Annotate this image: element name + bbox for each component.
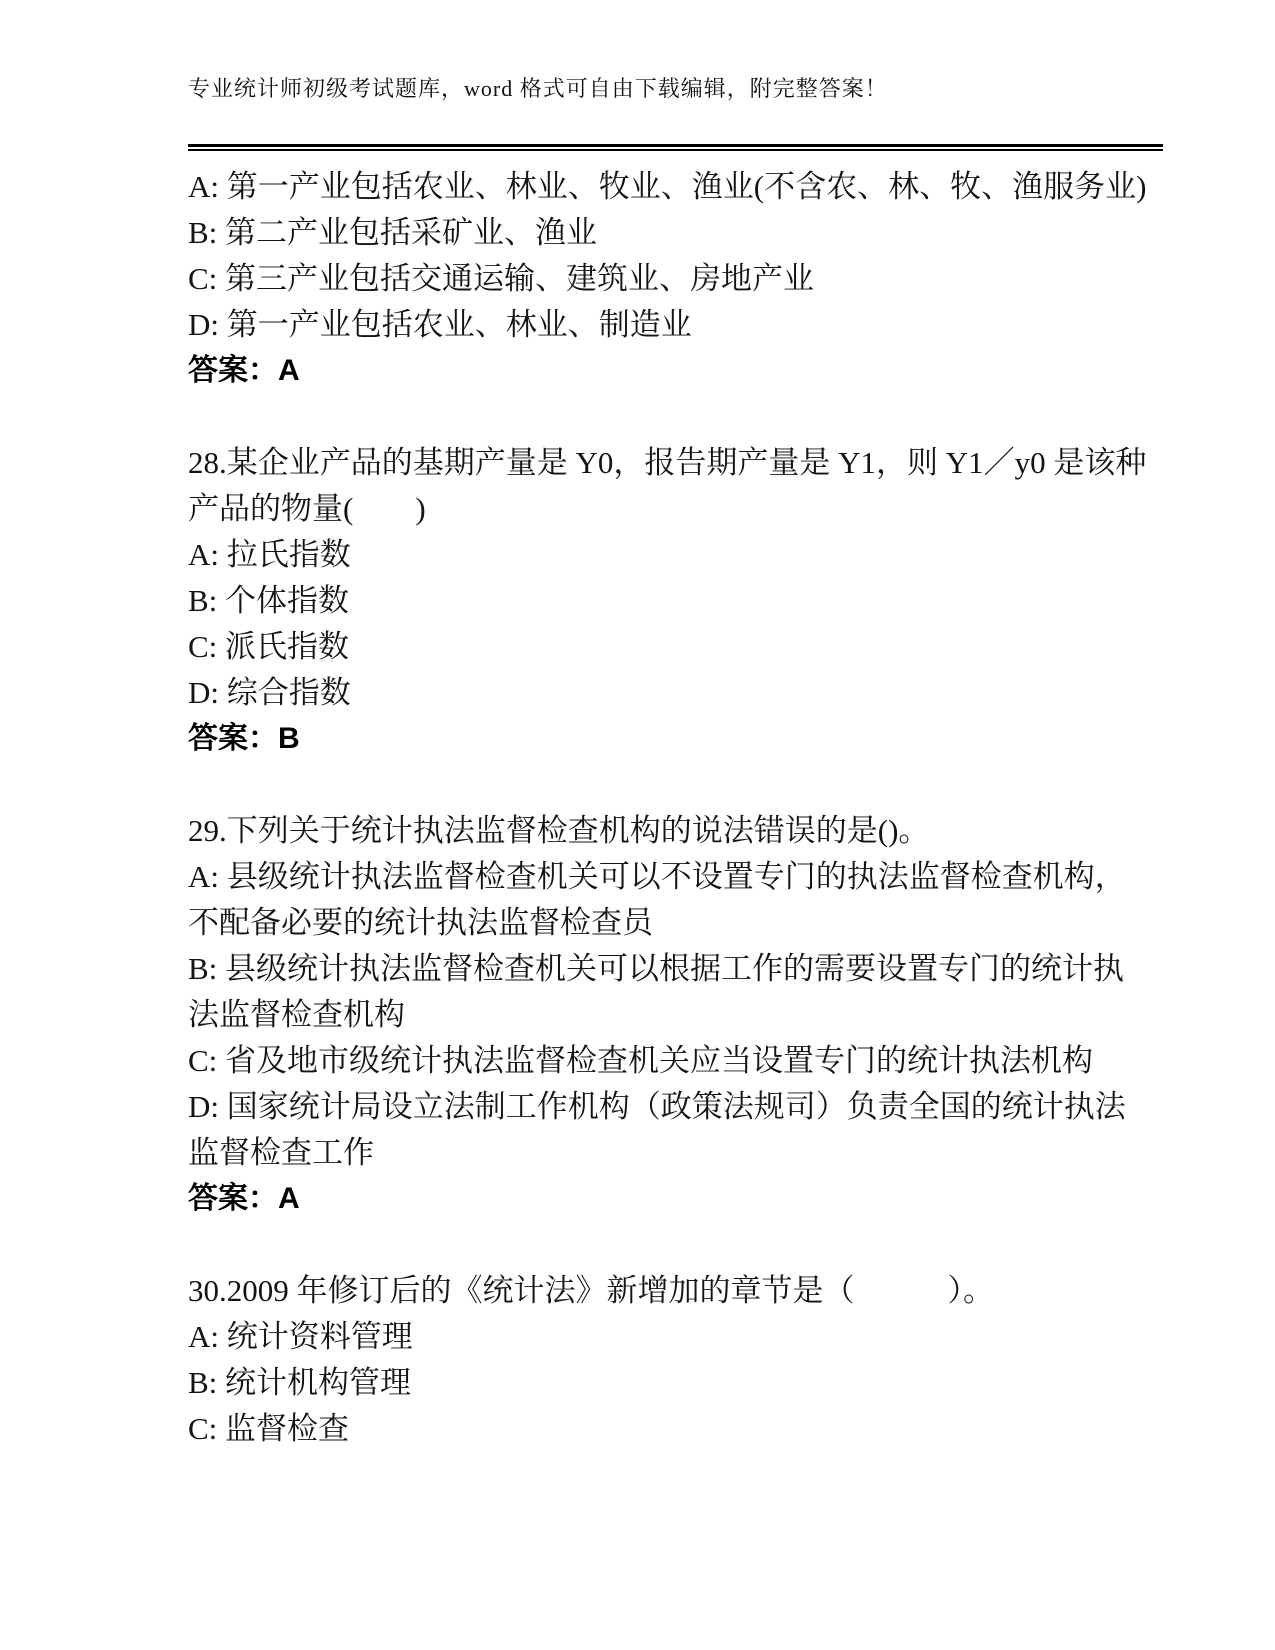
question-stem: 28.某企业产品的基期产量是 Y0，报告期产量是 Y1，则 Y1／y0 是该种产… [188, 440, 1148, 532]
option-a: A: 县级统计执法监督检查机关可以不设置专门的执法监督检查机构，不配备必要的统计… [188, 854, 1148, 946]
question-block-28: 28.某企业产品的基期产量是 Y0，报告期产量是 Y1，则 Y1／y0 是该种产… [188, 440, 1148, 762]
answer-line: 答案：B [188, 716, 1148, 762]
page-header: 专业统计师初级考试题库，word 格式可自由下载编辑，附完整答案！ [0, 0, 1275, 151]
question-block-30: 30.2009 年修订后的《统计法》新增加的章节是（ ）。 A: 统计资料管理 … [188, 1268, 1148, 1452]
question-stem: 29.下列关于统计执法监督检查机构的说法错误的是()。 [188, 808, 1148, 854]
answer-line: 答案：A [188, 1176, 1148, 1222]
option-c: C: 监督检查 [188, 1406, 1148, 1452]
option-b: B: 县级统计执法监督检查机关可以根据工作的需要设置专门的统计执法监督检查机构 [188, 946, 1148, 1038]
option-c: C: 省及地市级统计执法监督检查机关应当设置专门的统计执法机构 [188, 1038, 1148, 1084]
option-d: D: 国家统计局设立法制工作机构（政策法规司）负责全国的统计执法监督检查工作 [188, 1084, 1148, 1176]
document-page: 专业统计师初级考试题库，word 格式可自由下载编辑，附完整答案！ A: 第一产… [0, 0, 1275, 1650]
option-a: A: 第一产业包括农业、林业、牧业、渔业(不含农、林、牧、渔服务业) [188, 164, 1148, 210]
option-b: B: 统计机构管理 [188, 1360, 1148, 1406]
option-b: B: 个体指数 [188, 578, 1148, 624]
option-d: D: 第一产业包括农业、林业、制造业 [188, 302, 1148, 348]
answer-line: 答案：A [188, 348, 1148, 394]
option-a: A: 拉氏指数 [188, 532, 1148, 578]
header-title: 专业统计师初级考试题库，word 格式可自由下载编辑，附完整答案！ [188, 75, 1163, 103]
question-stem: 30.2009 年修订后的《统计法》新增加的章节是（ ）。 [188, 1268, 1148, 1314]
option-a: A: 统计资料管理 [188, 1314, 1148, 1360]
header-rule [188, 144, 1163, 151]
option-c: C: 派氏指数 [188, 624, 1148, 670]
question-block-29: 29.下列关于统计执法监督检查机构的说法错误的是()。 A: 县级统计执法监督检… [188, 808, 1148, 1222]
option-b: B: 第二产业包括采矿业、渔业 [188, 210, 1148, 256]
option-d: D: 综合指数 [188, 670, 1148, 716]
question-block-27-options: A: 第一产业包括农业、林业、牧业、渔业(不含农、林、牧、渔服务业) B: 第二… [188, 164, 1148, 394]
option-c: C: 第三产业包括交通运输、建筑业、房地产业 [188, 256, 1148, 302]
document-content: A: 第一产业包括农业、林业、牧业、渔业(不含农、林、牧、渔服务业) B: 第二… [188, 164, 1148, 1452]
